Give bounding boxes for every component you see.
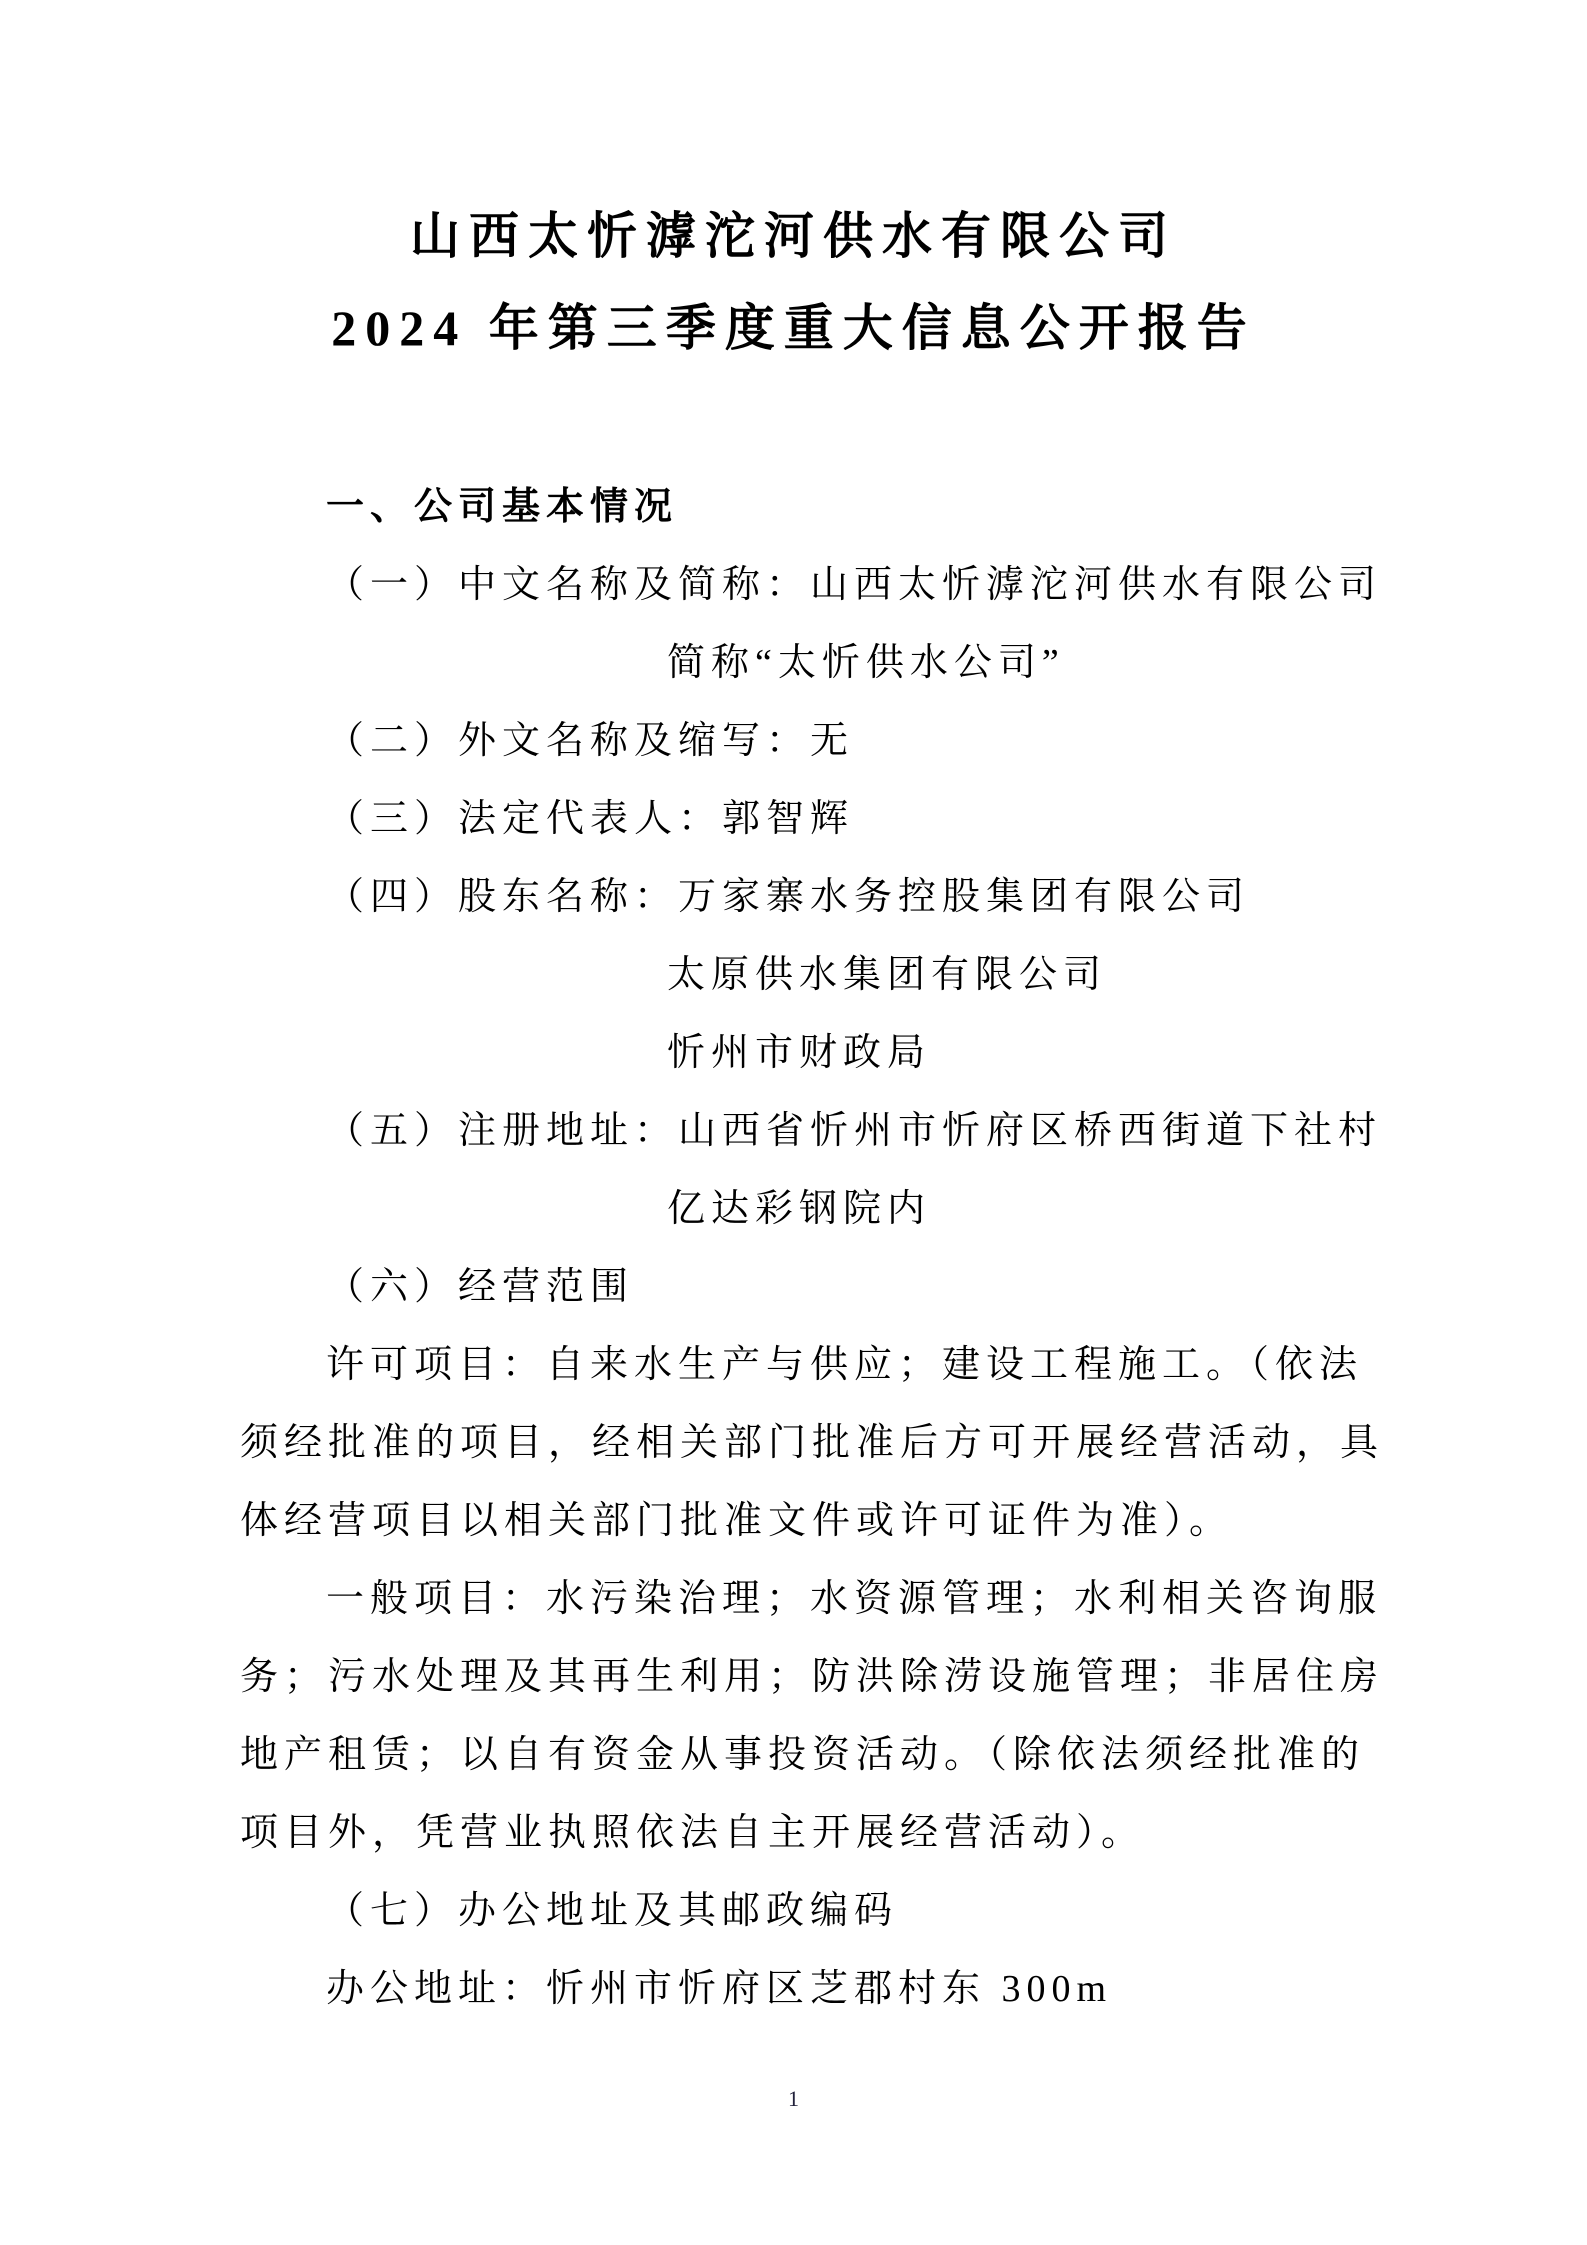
body-line: 项目外，凭营业执照依法自主开展经营活动）。 (240, 1794, 1420, 1872)
body-line: 办公地址：忻州市忻府区芝郡村东 300m (326, 1950, 1420, 2028)
body-line: （六）经营范围 (326, 1248, 1420, 1326)
body-line: 一般项目：水污染治理；水资源管理；水利相关咨询服 (326, 1560, 1420, 1638)
title-line-1: 山西太忻滹沱河供水有限公司 (0, 190, 1587, 282)
title-line-2: 2024 年第三季度重大信息公开报告 (0, 282, 1587, 374)
body-line: 简称“太忻供水公司” (667, 624, 1420, 702)
document-page: 山西太忻滹沱河供水有限公司 2024 年第三季度重大信息公开报告 一、公司基本情… (0, 0, 1587, 2245)
document-body: 一、公司基本情况 （一）中文名称及简称：山西太忻滹沱河供水有限公司 简称“太忻供… (240, 468, 1420, 2028)
body-line: 亿达彩钢院内 (667, 1170, 1420, 1248)
body-line: （七）办公地址及其邮政编码 (326, 1872, 1420, 1950)
body-line: 须经批准的项目，经相关部门批准后方可开展经营活动，具 (240, 1404, 1420, 1482)
body-line: 太原供水集团有限公司 (667, 936, 1420, 1014)
section-heading: 一、公司基本情况 (326, 468, 1420, 546)
document-title: 山西太忻滹沱河供水有限公司 2024 年第三季度重大信息公开报告 (0, 190, 1587, 374)
page-number: 1 (0, 2086, 1587, 2112)
body-line: （三）法定代表人：郭智辉 (326, 780, 1420, 858)
body-line: 务；污水处理及其再生利用；防洪除涝设施管理；非居住房 (240, 1638, 1420, 1716)
body-line: 体经营项目以相关部门批准文件或许可证件为准）。 (240, 1482, 1420, 1560)
body-line: （四）股东名称：万家寨水务控股集团有限公司 (326, 858, 1420, 936)
body-line: 地产租赁；以自有资金从事投资活动。（除依法须经批准的 (240, 1716, 1420, 1794)
body-line: （五）注册地址：山西省忻州市忻府区桥西街道下社村 (326, 1092, 1420, 1170)
body-line: （一）中文名称及简称：山西太忻滹沱河供水有限公司 (326, 546, 1420, 624)
body-line: 忻州市财政局 (667, 1014, 1420, 1092)
body-line: （二）外文名称及缩写：无 (326, 702, 1420, 780)
body-line: 许可项目：自来水生产与供应；建设工程施工。（依法 (326, 1326, 1420, 1404)
